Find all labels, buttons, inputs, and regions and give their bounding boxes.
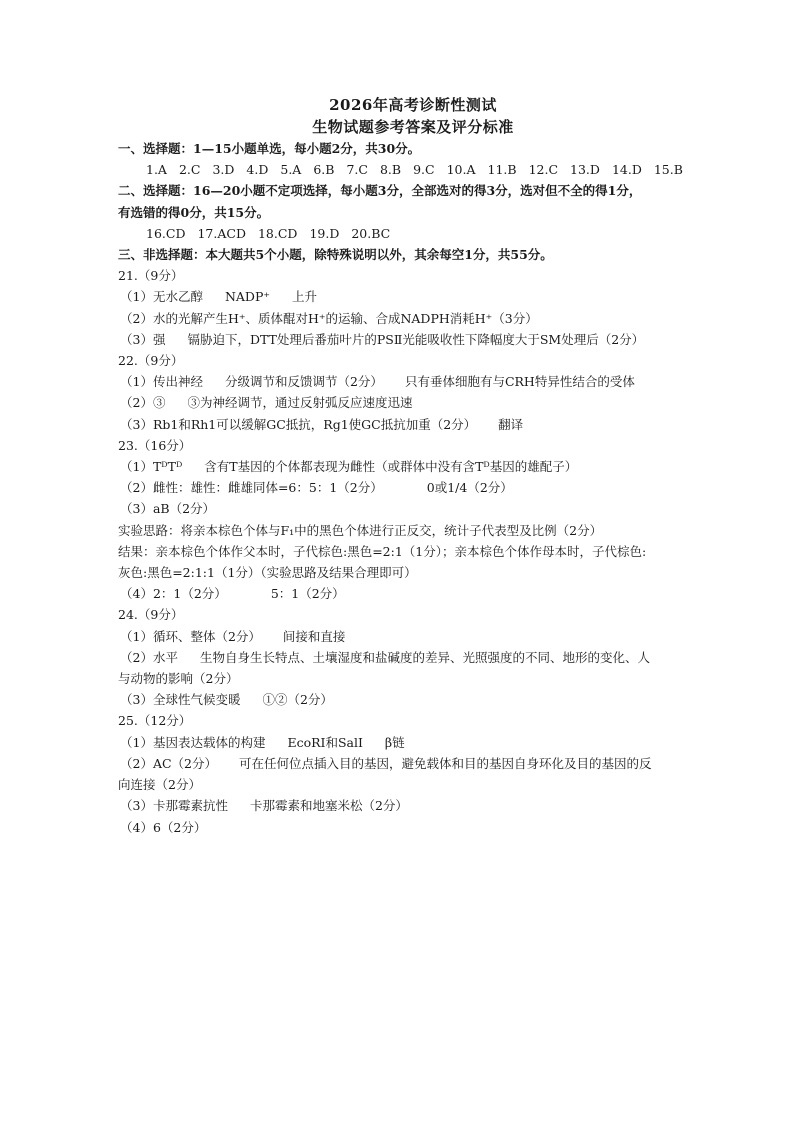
q24-part2-cont: 与动物的影响（2分） [118, 668, 708, 689]
answer-text: β链 [385, 735, 405, 750]
answer-text: 上升 [292, 289, 317, 304]
answer-text: ③ [153, 395, 166, 410]
part-number: （4） [120, 586, 153, 601]
q21-part2: （2）水的光解产生H⁺、质体醌对H⁺的运输、合成NADPH消耗H⁺（3分） [118, 308, 708, 329]
q24-part2: （2）水平生物自身生长特点、土壤湿度和盐碱度的差异、光照强度的不同、地形的变化、… [118, 647, 708, 668]
answer-5: 5.A [280, 162, 301, 177]
answer-3: 3.D [212, 162, 234, 177]
answer-15: 15.B [654, 162, 683, 177]
answer-text: Rb1和Rh1可以缓解GC抵抗，Rg1使GC抵抗加重（2分） [153, 417, 476, 432]
q23-heading: 23.（16分） [118, 435, 708, 456]
section1-header: 一、选择题：1—15小题单选，每小题2分，共30分。 [118, 138, 708, 159]
answer-text: 雌性：雄性：雌雄同体=6：5：1（2分） [153, 480, 383, 495]
part-number: （3） [120, 798, 153, 813]
part-number: （1） [120, 735, 153, 750]
q25-part4: （4）6（2分） [118, 817, 708, 838]
answer-16: 16.CD [146, 226, 185, 241]
answer-20: 20.BC [351, 226, 390, 241]
part-number: （2） [120, 480, 153, 495]
section2-header-line2: 有选错的得0分，共15分。 [118, 202, 708, 223]
section1-answers: 1.A2.C3.D4.D5.A6.B7.C8.B9.C10.A11.B12.C1… [118, 159, 708, 180]
part-number: （2） [120, 756, 153, 771]
answer-text: AC（2分） [153, 756, 217, 771]
answer-8: 8.B [380, 162, 401, 177]
part-number: （3） [120, 501, 153, 516]
answer-text: 强 [153, 332, 166, 347]
part-number: （1） [120, 374, 153, 389]
answer-text: ①②（2分） [262, 692, 332, 707]
q22-part2: （2）③③为神经调节，通过反射弧反应速度迅速 [118, 392, 708, 413]
answer-12: 12.C [529, 162, 558, 177]
q22-part3: （3）Rb1和Rh1可以缓解GC抵抗，Rg1使GC抵抗加重（2分）翻译 [118, 414, 708, 435]
answer-text: 基因表达载体的构建 [153, 735, 266, 750]
answer-text: 2：1（2分） [153, 586, 227, 601]
part-number: （3） [120, 417, 153, 432]
answer-19: 19.D [309, 226, 339, 241]
answer-1: 1.A [146, 162, 167, 177]
q23-part3: （3）aB（2分） [118, 498, 708, 519]
q24-heading: 24.（9分） [118, 604, 708, 625]
answer-text: 含有T基因的个体都表现为雌性（或群体中没有含Tᴰ基因的雄配子） [204, 459, 577, 474]
answer-text: 卡那霉素和地塞米松（2分） [250, 798, 408, 813]
q21-part1: （1）无水乙醇NADP⁺上升 [118, 286, 708, 307]
q25-part2: （2）AC（2分）可在任何位点插入目的基因，避免载体和目的基因自身环化及目的基因… [118, 753, 708, 774]
q22-part1: （1）传出神经分级调节和反馈调节（2分）只有垂体细胞有与CRH特异性结合的受体 [118, 371, 708, 392]
answer-9: 9.C [413, 162, 435, 177]
answer-18: 18.CD [258, 226, 297, 241]
q23-part4: （4）2：1（2分）5：1（2分） [118, 583, 708, 604]
answer-text: 循环、整体（2分） [153, 629, 261, 644]
q23-experiment-idea: 实验思路：将亲本棕色个体与F₁中的黑色个体进行正反交，统计子代表型及比例（2分） [118, 520, 708, 541]
answer-text: EcoRⅠ和SalⅠ [287, 735, 362, 750]
answer-text: 0或1/4（2分） [427, 480, 513, 495]
part-number: （3） [120, 692, 153, 707]
q25-heading: 25.（12分） [118, 710, 708, 731]
section3-header: 三、非选择题：本大题共5个小题，除特殊说明以外，其余每空1分，共55分。 [118, 244, 708, 265]
answer-2: 2.C [179, 162, 201, 177]
answer-text: 镉胁迫下，DTT处理后番茄叶片的PSⅡ光能吸收性下降幅度大于SM处理后（2分） [187, 332, 644, 347]
answer-text: 传出神经 [153, 374, 203, 389]
section2-answers: 16.CD17.ACD18.CD19.D20.BC [118, 223, 708, 244]
answer-text: ③为神经调节，通过反射弧反应速度迅速 [187, 395, 412, 410]
answer-text: 翻译 [498, 417, 523, 432]
answer-text: 分级调节和反馈调节（2分） [225, 374, 383, 389]
answer-text: 只有垂体细胞有与CRH特异性结合的受体 [405, 374, 635, 389]
q23-part2: （2）雌性：雄性：雌雄同体=6：5：1（2分）0或1/4（2分） [118, 477, 708, 498]
part-number: （1） [120, 459, 153, 474]
part-number: （4） [120, 820, 153, 835]
answer-text: aB（2分） [153, 501, 215, 516]
answer-13: 13.D [570, 162, 600, 177]
part-number: （2） [120, 395, 153, 410]
answer-text: 间接和直接 [283, 629, 346, 644]
answer-4: 4.D [246, 162, 268, 177]
answer-11: 11.B [488, 162, 517, 177]
answer-text: 水的光解产生H⁺、质体醌对H⁺的运输、合成NADPH消耗H⁺（3分） [153, 311, 538, 326]
section2-header-line1: 二、选择题：16—20小题不定项选择，每小题3分，全部选对的得3分，选对但不全的… [118, 180, 708, 201]
answer-text: 卡那霉素抗性 [153, 798, 228, 813]
answer-text: 无水乙醇 [153, 289, 203, 304]
answer-7: 7.C [346, 162, 368, 177]
answer-6: 6.B [313, 162, 334, 177]
q24-part1: （1）循环、整体（2分）间接和直接 [118, 626, 708, 647]
q25-part3: （3）卡那霉素抗性卡那霉素和地塞米松（2分） [118, 795, 708, 816]
q23-result-line1: 结果：亲本棕色个体作父本时，子代棕色:黑色=2:1（1分）；亲本棕色个体作母本时… [118, 541, 708, 562]
answer-text: 水平 [153, 650, 178, 665]
part-number: （2） [120, 311, 153, 326]
doc-title-line2: 生物试题参考答案及评分标准 [118, 116, 708, 138]
part-number: （1） [120, 289, 153, 304]
q21-heading: 21.（9分） [118, 265, 708, 286]
q23-part1: （1）TᴰTᴰ含有T基因的个体都表现为雌性（或群体中没有含Tᴰ基因的雄配子） [118, 456, 708, 477]
q21-part3: （3）强镉胁迫下，DTT处理后番茄叶片的PSⅡ光能吸收性下降幅度大于SM处理后（… [118, 329, 708, 350]
answer-text: 6（2分） [153, 820, 206, 835]
answer-text: 可在任何位点插入目的基因，避免载体和目的基因自身环化及目的基因的反 [239, 756, 652, 771]
answer-text: TᴰTᴰ [153, 459, 182, 474]
answer-17: 17.ACD [197, 226, 246, 241]
part-number: （1） [120, 629, 153, 644]
answer-text: 全球性气候变暖 [153, 692, 241, 707]
doc-title-line1: 2026年高考诊断性测试 [118, 94, 708, 116]
answer-14: 14.D [612, 162, 642, 177]
part-number: （3） [120, 332, 153, 347]
answer-text: 5：1（2分） [271, 586, 345, 601]
q22-heading: 22.（9分） [118, 350, 708, 371]
q23-result-line2: 灰色:黑色=2:1:1（1分）（实验思路及结果合理即可） [118, 562, 708, 583]
answer-text: 生物自身生长特点、土壤湿度和盐碱度的差异、光照强度的不同、地形的变化、人 [200, 650, 650, 665]
part-number: （2） [120, 650, 153, 665]
q25-part2-cont: 向连接（2分） [118, 774, 708, 795]
q24-part3: （3）全球性气候变暖①②（2分） [118, 689, 708, 710]
answer-key-page: 2026年高考诊断性测试 生物试题参考答案及评分标准 一、选择题：1—15小题单… [118, 94, 708, 838]
q25-part1: （1）基因表达载体的构建EcoRⅠ和SalⅠβ链 [118, 732, 708, 753]
answer-10: 10.A [447, 162, 476, 177]
answer-text: NADP⁺ [225, 289, 270, 304]
